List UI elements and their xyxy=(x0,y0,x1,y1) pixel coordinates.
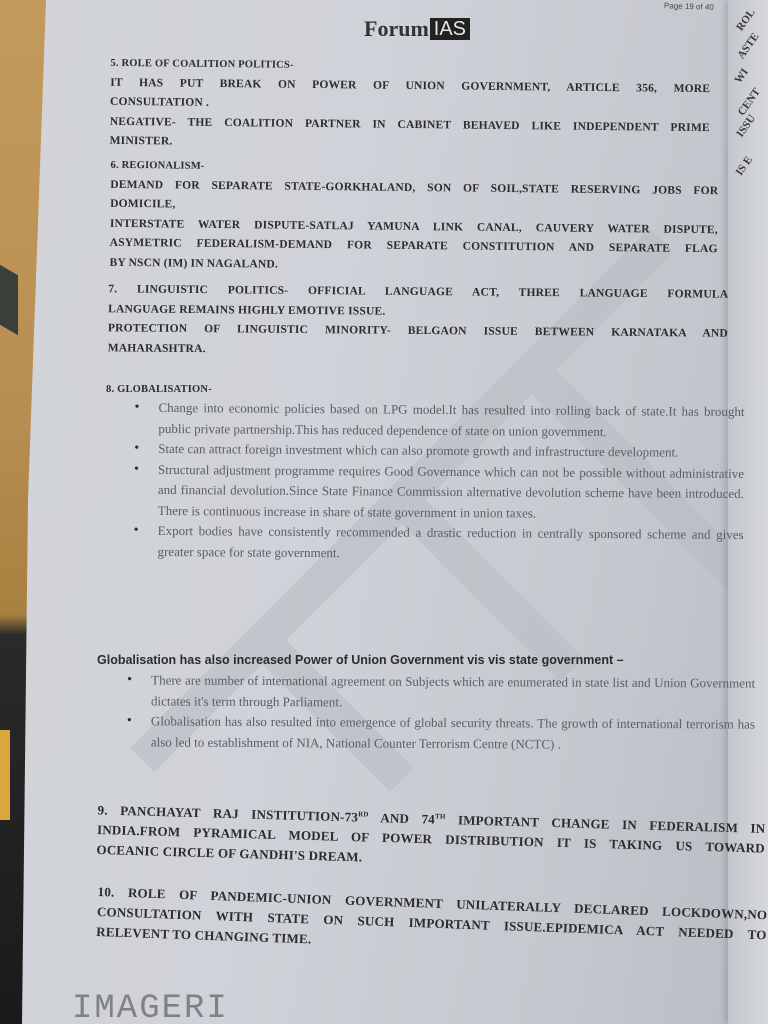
document-page: ROL ASTE WI CENT ISSU IS E ForumIAS Page… xyxy=(22,0,768,1024)
bullet-item: Export bodies have consistently recommen… xyxy=(157,521,743,566)
bullet-item: Globalisation has also resulted into eme… xyxy=(151,711,755,755)
section-globalisation: 8. GLOBALISATION- xyxy=(106,380,212,400)
section-coalition-politics: 5. ROLE OF COALITION POLITICS- IT HAS PU… xyxy=(110,54,711,158)
bullet-item: Structural adjustment programme requires… xyxy=(158,459,744,525)
text-fragment: AND 74 xyxy=(368,810,435,827)
desk-object xyxy=(0,730,10,820)
section-pandemic: 10. ROLE OF PANDEMIC-UNION GOVERNMENT UN… xyxy=(96,882,768,965)
section-heading: 8. GLOBALISATION- xyxy=(106,380,212,400)
globalisation-bullets: Change into economic policies based on L… xyxy=(157,398,744,566)
union-power-heading: Globalisation has also increased Power o… xyxy=(97,653,624,667)
section-panchayat-raj: 9. PANCHAYAT RAJ INSTITUTION-73RD AND 74… xyxy=(96,797,766,879)
section-regionalism: 6. REGIONALISM- DEMAND FOR SEPARATE STAT… xyxy=(109,156,718,279)
desk-object xyxy=(0,265,18,335)
superscript: TH xyxy=(435,812,446,820)
superscript: RD xyxy=(358,810,369,818)
bullet-item: Change into economic policies based on L… xyxy=(158,398,744,443)
section-linguistic-politics: 7. LINGUISTIC POLITICS- OFFICIAL LANGUAG… xyxy=(108,280,729,363)
union-power-bullets: There are number of international agreem… xyxy=(151,670,755,755)
bullet-item: There are number of international agreem… xyxy=(151,670,755,714)
footer-watermark: IMAGERI xyxy=(72,990,229,1024)
